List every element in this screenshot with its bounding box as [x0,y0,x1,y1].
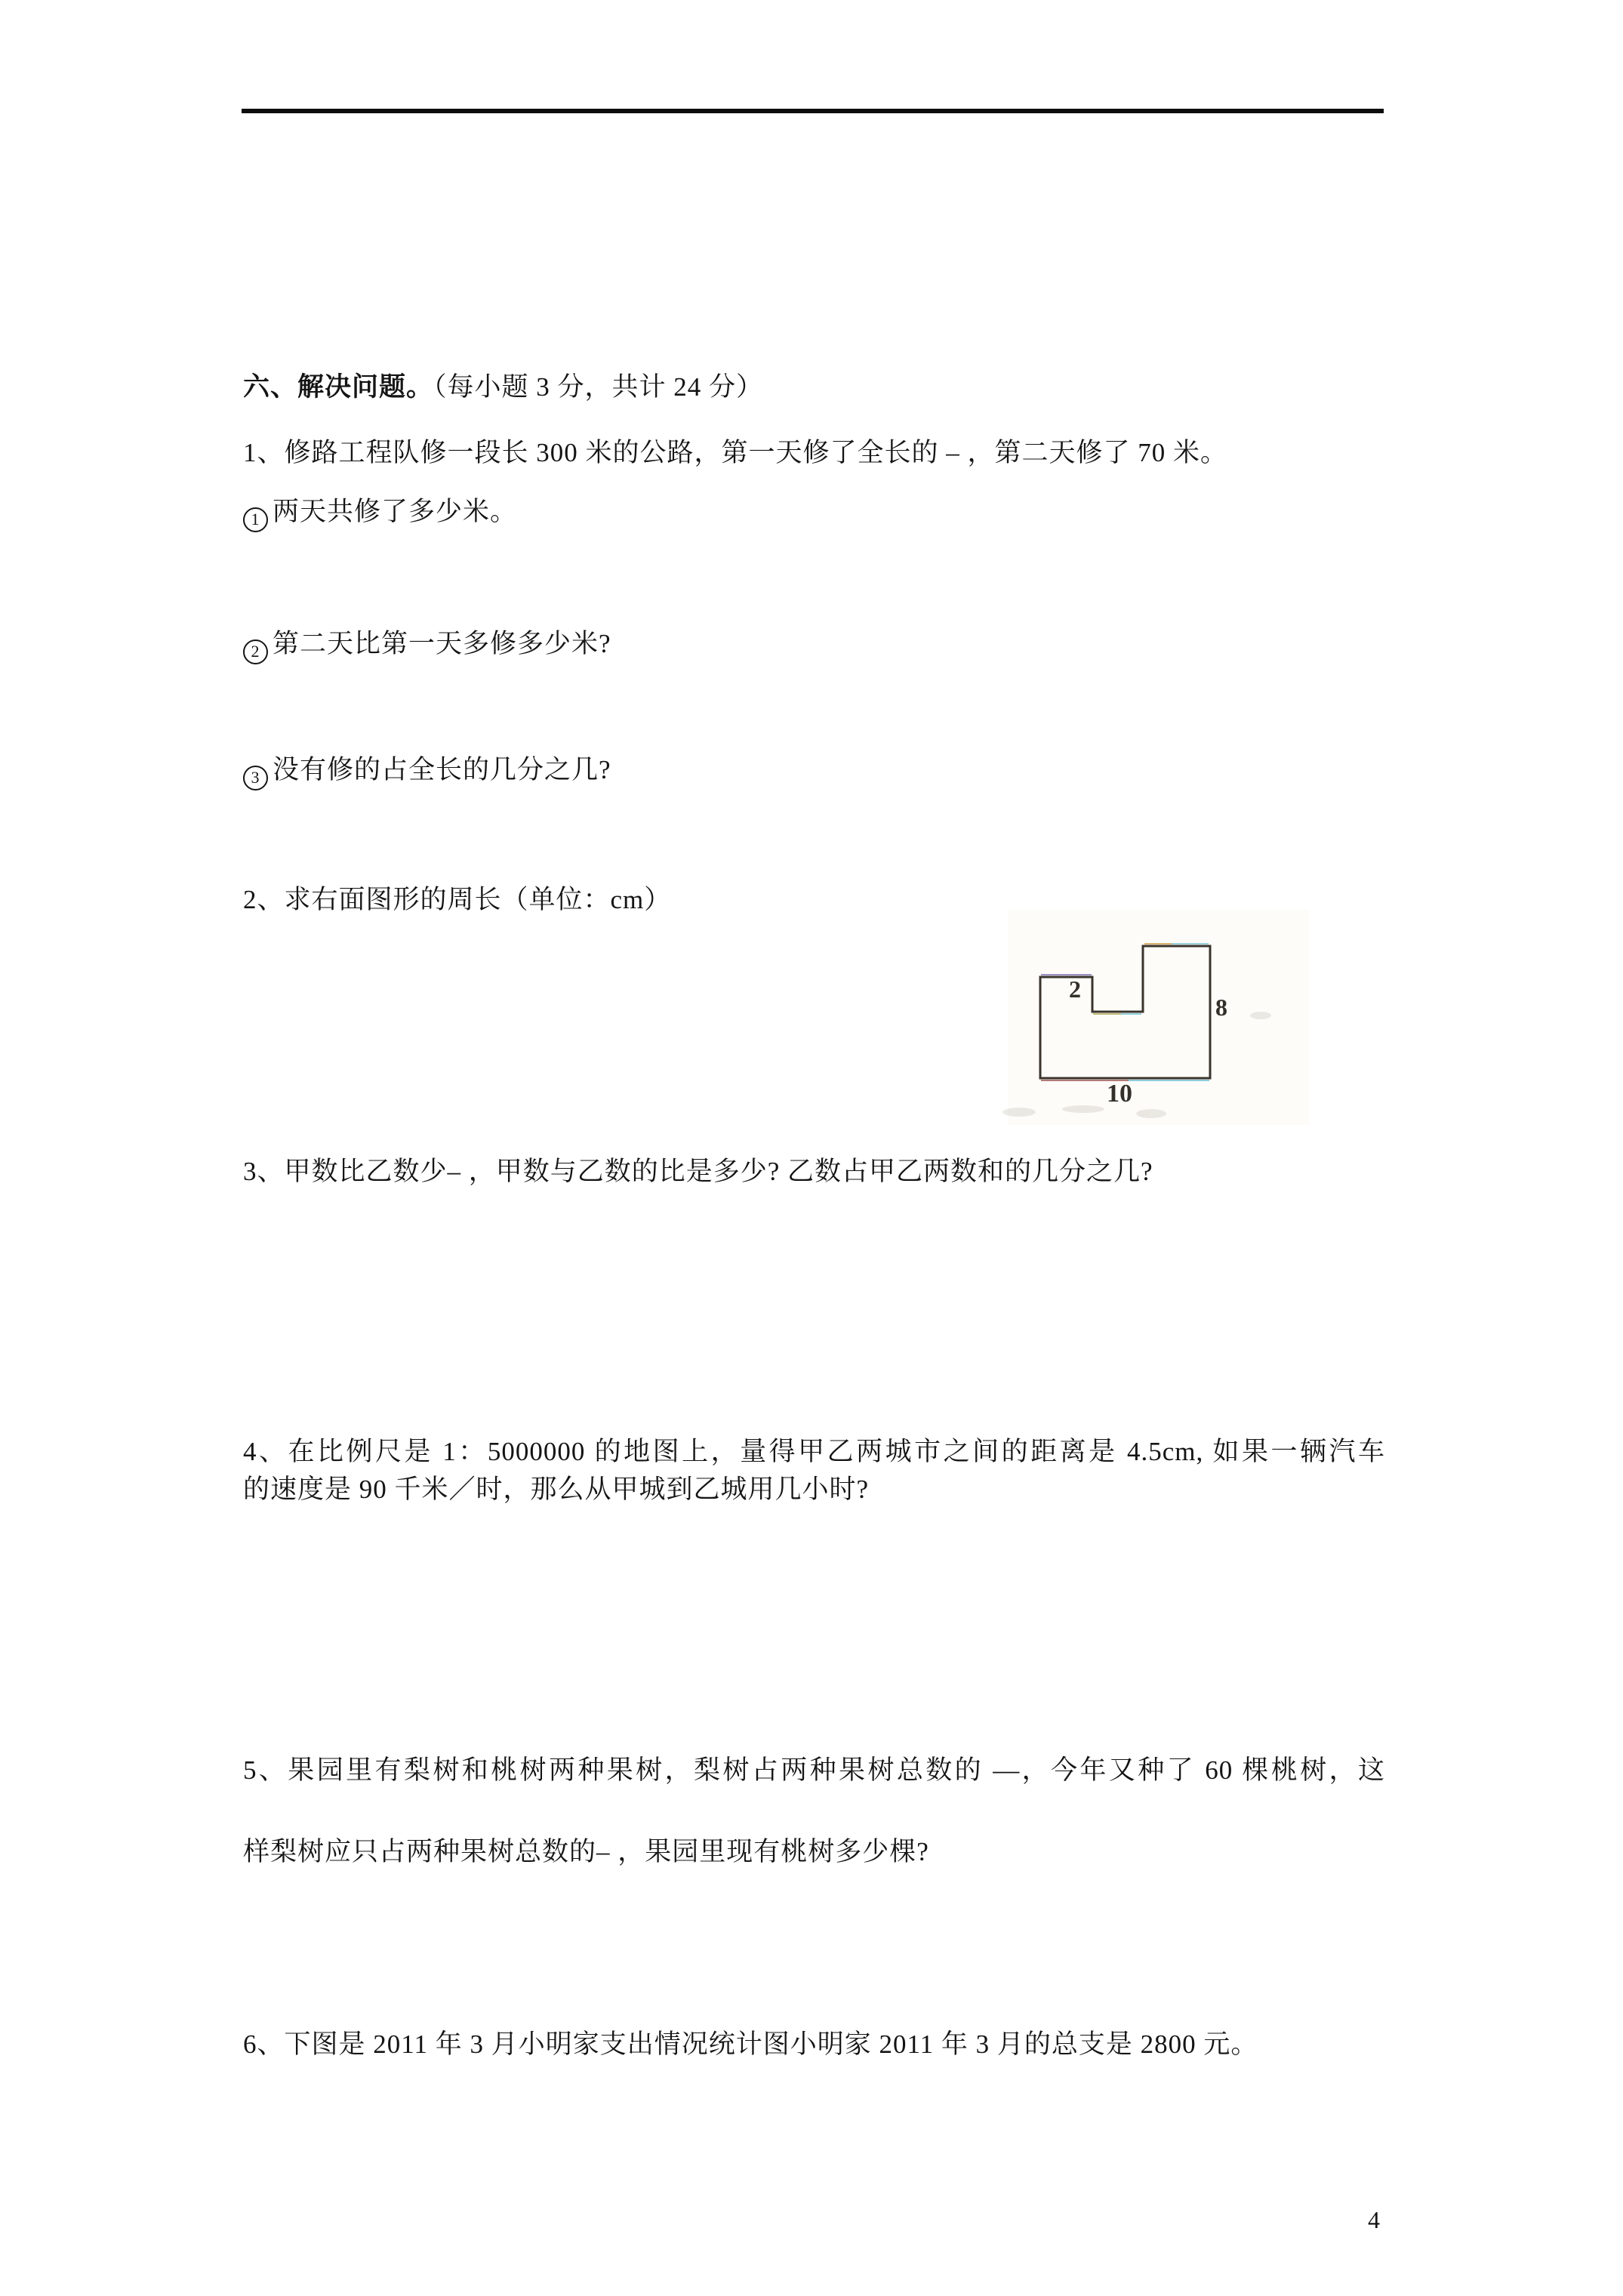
problem-1-sub-2-text: 第二天比第一天多修多少米? [273,629,611,658]
circled-number-1-icon: 1 [243,507,268,532]
perimeter-figure-svg: 2 8 10 [996,902,1344,1136]
problem-1-text: 1、修路工程队修一段长 300 米的公路，第一天修了全长的 – ，第二天修了 7… [243,434,1227,472]
circled-number-2-icon: 2 [243,639,268,664]
problem-1-sub-3-text: 没有修的占全长的几分之几? [273,755,611,784]
header-divider [242,109,1384,113]
section-heading-title: 六、解决问题。 [243,372,433,402]
perimeter-figure: 2 8 10 [996,902,1344,1136]
problem-2-text: 2、求右面图形的周长（单位：cm） [243,881,671,919]
problem-5-line-2: 样梨树应只占两种果树总数的– ，果园里现有桃树多少棵? [243,1833,929,1871]
page-number: 4 [1355,2201,1393,2239]
problem-1-sub-3: 3没有修的占全长的几分之几? [243,751,611,791]
dimension-label-8: 8 [1215,994,1227,1021]
problem-5-line-1: 5、果园里有梨树和桃树两种果树，梨树占两种果树总数的 —，今年又种了 60 棵桃… [243,1752,1385,1789]
section-heading-score-note: （每小题 3 分，共计 24 分） [433,372,763,402]
problem-3-text: 3、甲数比乙数少– ，甲数与乙数的比是多少? 乙数占甲乙两数和的几分之几? [243,1153,1153,1191]
problem-4-line-2: 的速度是 90 千米／时，那么从甲城到乙城用几小时? [243,1471,869,1509]
problem-1-sub-1: 1两天共修了多少米。 [243,493,517,532]
section-heading: 六、解决问题。（每小题 3 分，共计 24 分） [243,368,763,406]
circled-number-3-icon: 3 [243,766,268,791]
problem-4-line-1: 4、在比例尺是 1：5000000 的地图上，量得甲乙两城市之间的距离是 4.5… [243,1433,1385,1471]
document-page: 六、解决问题。（每小题 3 分，共计 24 分） 1、修路工程队修一段长 300… [0,0,1623,2296]
dimension-label-10: 10 [1107,1080,1132,1108]
problem-6-text: 6、下图是 2011 年 3 月小明家支出情况统计图小明家 2011 年 3 月… [243,2026,1258,2063]
problem-1-sub-2: 2第二天比第一天多修多少米? [243,625,611,664]
problem-1-sub-1-text: 两天共修了多少米。 [273,497,517,526]
dimension-label-2: 2 [1069,975,1081,1003]
